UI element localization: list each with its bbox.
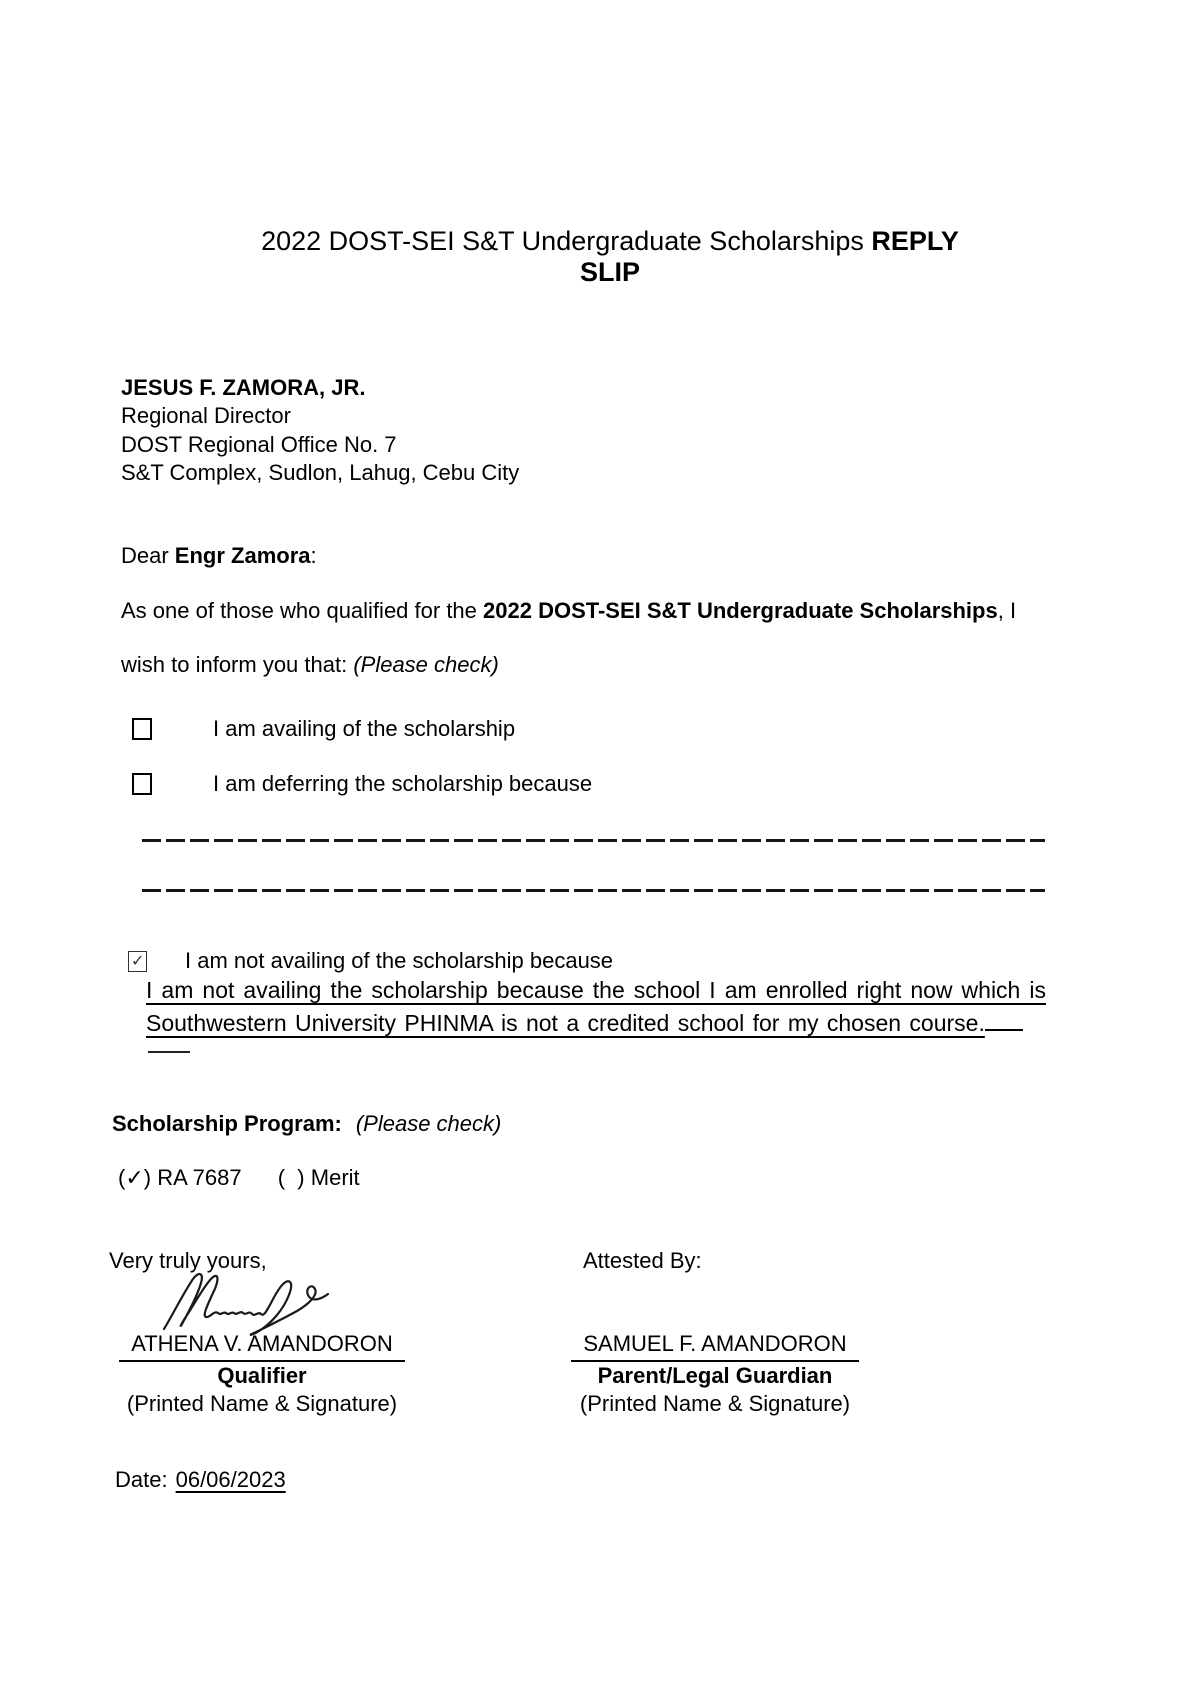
document-title: 2022 DOST-SEI S&T Undergraduate Scholars… xyxy=(110,226,1110,288)
merit-check-mark[interactable]: ( ) xyxy=(278,1165,305,1190)
signatory-left: ATHENA V. AMANDORON Qualifier (Printed N… xyxy=(106,1330,418,1418)
option-row-not-availing: ✓ I am not availing of the scholarship b… xyxy=(128,948,613,974)
option-deferring-label: I am deferring the scholarship because xyxy=(213,771,592,797)
salutation: Dear Engr Zamora: xyxy=(121,543,317,569)
reason-line-1: I am not availing the scholarship becaus… xyxy=(146,977,1046,1005)
salutation-colon: : xyxy=(311,543,317,568)
scholarship-program-label: Scholarship Program: xyxy=(112,1111,342,1136)
ra7687-label: RA 7687 xyxy=(157,1165,241,1190)
intro-bold-scholarship: 2022 DOST-SEI S&T Undergraduate Scholars… xyxy=(483,598,998,623)
salutation-prefix: Dear xyxy=(121,543,175,568)
merit-label: Merit xyxy=(311,1165,360,1190)
program-options-row: (✓) RA 7687 ( ) Merit xyxy=(118,1165,360,1191)
title-regular-text: 2022 DOST-SEI S&T Undergraduate Scholars… xyxy=(261,226,871,256)
recipient-name: JESUS F. ZAMORA, JR. xyxy=(121,374,519,402)
salutation-name: Engr Zamora xyxy=(175,543,311,568)
qualifier-name: ATHENA V. AMANDORON xyxy=(119,1330,405,1362)
please-check-hint: (Please check) xyxy=(353,652,499,677)
checkbox-not-availing-checked-icon[interactable]: ✓ xyxy=(128,951,147,972)
title-line-1: 2022 DOST-SEI S&T Undergraduate Scholars… xyxy=(110,226,1110,257)
checkbox-availing-icon[interactable] xyxy=(132,718,152,740)
program-please-check-hint: (Please check) xyxy=(356,1111,502,1136)
reason-underline-extension xyxy=(985,1005,1023,1031)
guardian-role: Parent/Legal Guardian xyxy=(550,1362,880,1390)
recipient-office: DOST Regional Office No. 7 xyxy=(121,431,519,459)
option-row-deferring: I am deferring the scholarship because xyxy=(132,771,592,797)
guardian-name: SAMUEL F. AMANDORON xyxy=(571,1330,858,1362)
guardian-caption: (Printed Name & Signature) xyxy=(550,1390,880,1418)
reason-line-2-text: Southwestern University PHINMA is not a … xyxy=(146,1010,985,1036)
recipient-role: Regional Director xyxy=(121,402,519,430)
option-not-availing-label: I am not availing of the scholarship bec… xyxy=(185,948,613,974)
qualifier-caption: (Printed Name & Signature) xyxy=(106,1390,418,1418)
reason-text: I am not availing the scholarship becaus… xyxy=(146,977,1046,1037)
title-bold-reply: REPLY xyxy=(871,226,959,256)
title-bold-slip: SLIP xyxy=(110,257,1110,288)
option-availing-label: I am availing of the scholarship xyxy=(213,716,515,742)
reason-line-2: Southwestern University PHINMA is not a … xyxy=(146,1005,1046,1038)
ra7687-check-mark[interactable]: (✓) xyxy=(118,1165,151,1190)
intro-line-2: wish to inform you that: (Please check) xyxy=(121,652,499,678)
option-row-availing: I am availing of the scholarship xyxy=(132,716,515,742)
intro-prefix: As one of those who qualified for the xyxy=(121,598,483,623)
intro-line-1: As one of those who qualified for the 20… xyxy=(121,598,1016,624)
recipient-address: S&T Complex, Sudlon, Lahug, Cebu City xyxy=(121,459,519,487)
document-page: 2022 DOST-SEI S&T Undergraduate Scholars… xyxy=(0,0,1200,1696)
intro-suffix: , I xyxy=(998,598,1016,623)
intro-line2-text: wish to inform you that: xyxy=(121,652,353,677)
blank-line-2 xyxy=(142,889,1045,892)
checkbox-deferring-icon[interactable] xyxy=(132,773,152,795)
recipient-block: JESUS F. ZAMORA, JR. Regional Director D… xyxy=(121,374,519,488)
date-value: 06/06/2023 xyxy=(176,1467,286,1492)
scholarship-program-row: Scholarship Program:(Please check) xyxy=(112,1111,501,1137)
check-mark-icon: ✓ xyxy=(131,951,144,972)
date-label: Date: xyxy=(115,1467,168,1492)
qualifier-role: Qualifier xyxy=(106,1362,418,1390)
date-row: Date:06/06/2023 xyxy=(115,1467,286,1493)
blank-line-1 xyxy=(142,839,1045,842)
closing-right: Attested By: xyxy=(583,1248,702,1274)
signatory-right: SAMUEL F. AMANDORON Parent/Legal Guardia… xyxy=(550,1330,880,1418)
blank-line-short xyxy=(148,1051,190,1053)
